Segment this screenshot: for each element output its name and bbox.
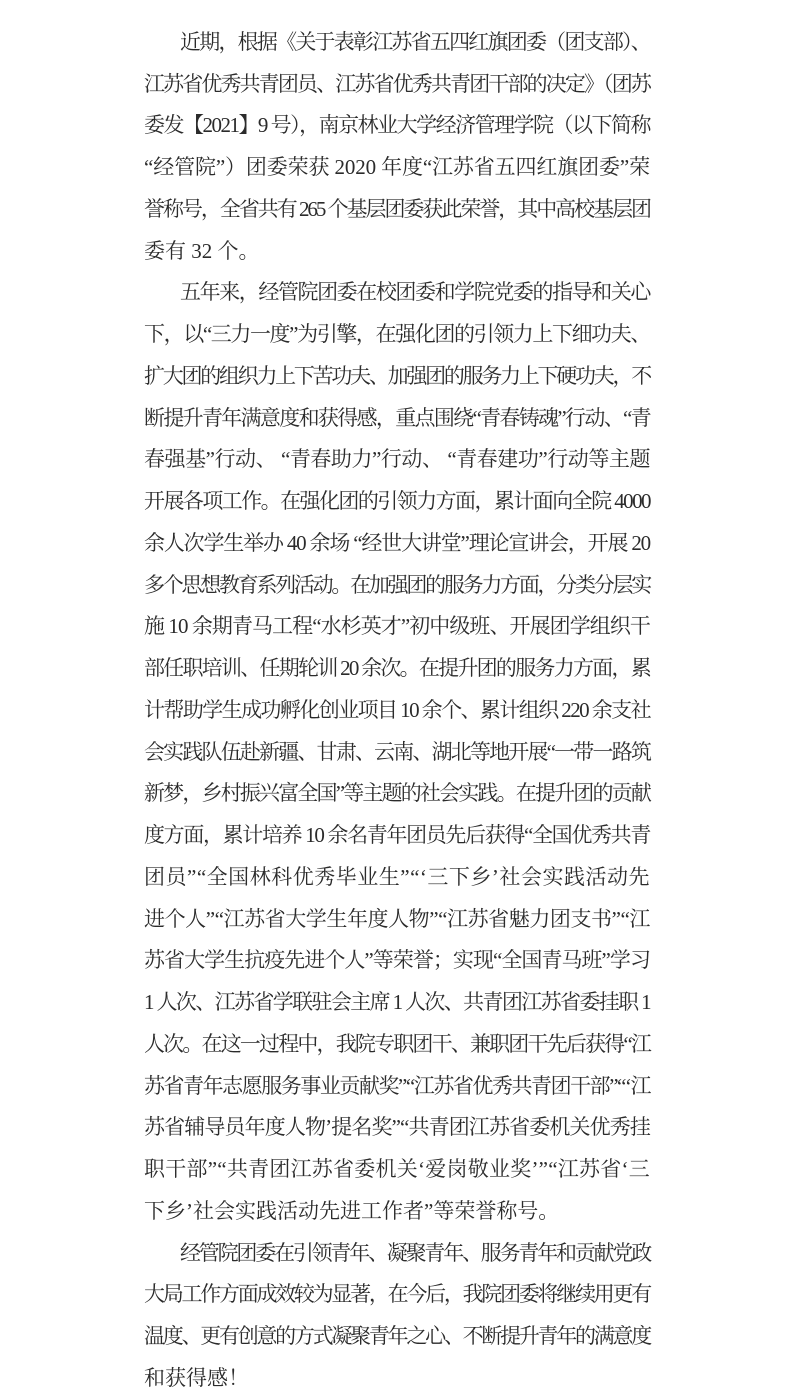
text-line-content: 委发【2021】9 号），南京林业大学经济管理学院（以下简称 (144, 109, 650, 139)
text-line: 誉称号，全省共有 265 个基层团委获此荣誉，其中高校基层团 (144, 187, 650, 229)
text-line: 团员”“全国林科优秀毕业生”“‘三下乡’社会实践活动先 (144, 855, 650, 897)
text-line-content: 部任职培训、任期轮训 20 余次。在提升团的服务力方面，累 (144, 652, 650, 682)
text-line: 春强基”行动、 “青春助力”行动、 “青春建功”行动等主题 (144, 438, 650, 480)
text-line: 苏省辅导员年度人物’提名奖”“共青团江苏省委机关优秀挂 (144, 1106, 650, 1148)
text-line: 经管院团委在引领青年、凝聚青年、服务青年和贡献党政 (144, 1231, 650, 1273)
text-line: 会实践队伍赴新疆、甘肃、云南、湖北等地开展“一带一路筑 (144, 730, 650, 772)
text-line: 苏省青年志愿服务事业贡献奖”“江苏省优秀共青团干部”“‘江 (144, 1064, 650, 1106)
text-line: 开展各项工作。在强化团的引领力方面，累计面向全院 4000 (144, 479, 650, 521)
text-line-content: 五年来，经管院团委在校团委和学院党委的指导和关心 (180, 276, 650, 306)
text-line-content: 施 10 余期青马工程“水杉英才”初中级班、开展团学组织干 (144, 610, 650, 640)
text-line: 五年来，经管院团委在校团委和学院党委的指导和关心 (144, 271, 650, 313)
text-line-content: 誉称号，全省共有 265 个基层团委获此荣誉，其中高校基层团 (144, 193, 650, 223)
text-line-content: 扩大团的组织力上下苦功夫、加强团的服务力上下硬功夫，不 (144, 360, 650, 390)
text-line: 大局工作方面成效较为显著，在今后，我院团委将继续用更有 (144, 1273, 650, 1315)
text-line: 多个思想教育系列活动。在加强团的服务力方面，分类分层实 (144, 563, 650, 605)
text-line-content: 开展各项工作。在强化团的引领力方面，累计面向全院 4000 (144, 485, 650, 515)
text-line: 江苏省优秀共青团员、江苏省优秀共青团干部的决定》（团苏 (144, 62, 650, 104)
text-line-content: 大局工作方面成效较为显著，在今后，我院团委将继续用更有 (144, 1278, 650, 1308)
text-line: 度方面，累计培养 10 余名青年团员先后获得“全国优秀共青 (144, 813, 650, 855)
text-line-content: 度方面，累计培养 10 余名青年团员先后获得“全国优秀共青 (144, 819, 650, 849)
text-line: 施 10 余期青马工程“水杉英才”初中级班、开展团学组织干 (144, 605, 650, 647)
document-page: 近期，根据《关于表彰江苏省五四红旗团委（团支部）、江苏省优秀共青团员、江苏省优秀… (0, 0, 791, 1392)
paragraph-closing-outlook: 经管院团委在引领青年、凝聚青年、服务青年和贡献党政大局工作方面成效较为显著，在今… (144, 1231, 650, 1392)
text-line-content: “经管院”）团委荣获 2020 年度“江苏省五四红旗团委”荣 (144, 151, 650, 181)
text-line: 温度、更有创意的方式凝聚青年之心、不断提升青年的满意度 (144, 1314, 650, 1356)
text-line-content: 新梦，乡村振兴富全国”等主题的社会实践。在提升团的贡献 (144, 777, 650, 807)
text-line-content: 苏省辅导员年度人物’提名奖”“共青团江苏省委机关优秀挂 (144, 1111, 650, 1141)
text-line-content: 1 人次、江苏省学联驻会主席 1 人次、共青团江苏省委挂职 1 (144, 986, 650, 1016)
paragraph-five-year-achievements: 五年来，经管院团委在校团委和学院党委的指导和关心下，以“三力一度”为引擎，在强化… (144, 271, 650, 1231)
text-line: 断提升青年满意度和获得感，重点围绕“青春铸魂”行动、“青 (144, 396, 650, 438)
text-line-content: 断提升青年满意度和获得感，重点围绕“青春铸魂”行动、“青 (144, 402, 650, 432)
text-line-content: 下，以“三力一度”为引擎，在强化团的引领力上下细功夫、 (144, 318, 650, 348)
text-line: 近期，根据《关于表彰江苏省五四红旗团委（团支部）、 (144, 20, 650, 62)
text-line-content: 江苏省优秀共青团员、江苏省优秀共青团干部的决定》（团苏 (144, 68, 650, 98)
text-line: 苏省大学生抗疫先进个人”等荣誉；实现“全国青马班”学习 (144, 939, 650, 981)
text-line: 新梦，乡村振兴富全国”等主题的社会实践。在提升团的贡献 (144, 772, 650, 814)
paragraph-award-announcement: 近期，根据《关于表彰江苏省五四红旗团委（团支部）、江苏省优秀共青团员、江苏省优秀… (144, 20, 650, 271)
text-line-content: 春强基”行动、 “青春助力”行动、 “青春建功”行动等主题 (144, 443, 650, 473)
text-line: 和获得感！ (144, 1356, 650, 1392)
text-line: 委有 32 个。 (144, 229, 650, 271)
text-line-content: 苏省青年志愿服务事业贡献奖”“江苏省优秀共青团干部”“‘江 (144, 1070, 650, 1100)
text-line: 进个人”“江苏省大学生年度人物”“江苏省魅力团支书”“江 (144, 897, 650, 939)
text-line: 人次。在这一过程中，我院专职团干、兼职团干先后获得“江 (144, 1022, 650, 1064)
text-line-content: 委有 32 个。 (144, 235, 260, 265)
text-line-content: 职干部”“共青团江苏省委机关‘爱岗敬业奖’”“江苏省‘三 (144, 1153, 650, 1183)
text-line-content: 近期，根据《关于表彰江苏省五四红旗团委（团支部）、 (180, 26, 650, 56)
text-line: 下，以“三力一度”为引擎，在强化团的引领力上下细功夫、 (144, 312, 650, 354)
text-line: 部任职培训、任期轮训 20 余次。在提升团的服务力方面，累 (144, 646, 650, 688)
text-line-content: 会实践队伍赴新疆、甘肃、云南、湖北等地开展“一带一路筑 (144, 736, 650, 766)
text-line-content: 和获得感！ (144, 1362, 249, 1392)
text-line-content: 计帮助学生成功孵化创业项目 10 余个、累计组织 220 余支社 (144, 694, 650, 724)
text-line-content: 团员”“全国林科优秀毕业生”“‘三下乡’社会实践活动先 (144, 861, 650, 891)
text-line: 下乡’社会实践活动先进工作者”等荣誉称号。 (144, 1189, 650, 1231)
text-line: 委发【2021】9 号），南京林业大学经济管理学院（以下简称 (144, 104, 650, 146)
text-line-content: 多个思想教育系列活动。在加强团的服务力方面，分类分层实 (144, 569, 650, 599)
text-line-content: 下乡’社会实践活动先进工作者”等荣誉称号。 (144, 1195, 559, 1225)
text-line: “经管院”）团委荣获 2020 年度“江苏省五四红旗团委”荣 (144, 145, 650, 187)
text-line-content: 进个人”“江苏省大学生年度人物”“江苏省魅力团支书”“江 (144, 903, 650, 933)
text-line-content: 经管院团委在引领青年、凝聚青年、服务青年和贡献党政 (180, 1237, 650, 1267)
text-line-content: 余人次学生举办 40 余场 “经世大讲堂”理论宣讲会，开展 20 (144, 527, 650, 557)
text-line-content: 温度、更有创意的方式凝聚青年之心、不断提升青年的满意度 (144, 1320, 650, 1350)
text-line: 扩大团的组织力上下苦功夫、加强团的服务力上下硬功夫，不 (144, 354, 650, 396)
text-line: 余人次学生举办 40 余场 “经世大讲堂”理论宣讲会，开展 20 (144, 521, 650, 563)
text-line-content: 苏省大学生抗疫先进个人”等荣誉；实现“全国青马班”学习 (144, 944, 650, 974)
text-line: 计帮助学生成功孵化创业项目 10 余个、累计组织 220 余支社 (144, 688, 650, 730)
text-line-content: 人次。在这一过程中，我院专职团干、兼职团干先后获得“江 (144, 1028, 650, 1058)
text-line: 职干部”“共青团江苏省委机关‘爱岗敬业奖’”“江苏省‘三 (144, 1147, 650, 1189)
text-line: 1 人次、江苏省学联驻会主席 1 人次、共青团江苏省委挂职 1 (144, 980, 650, 1022)
